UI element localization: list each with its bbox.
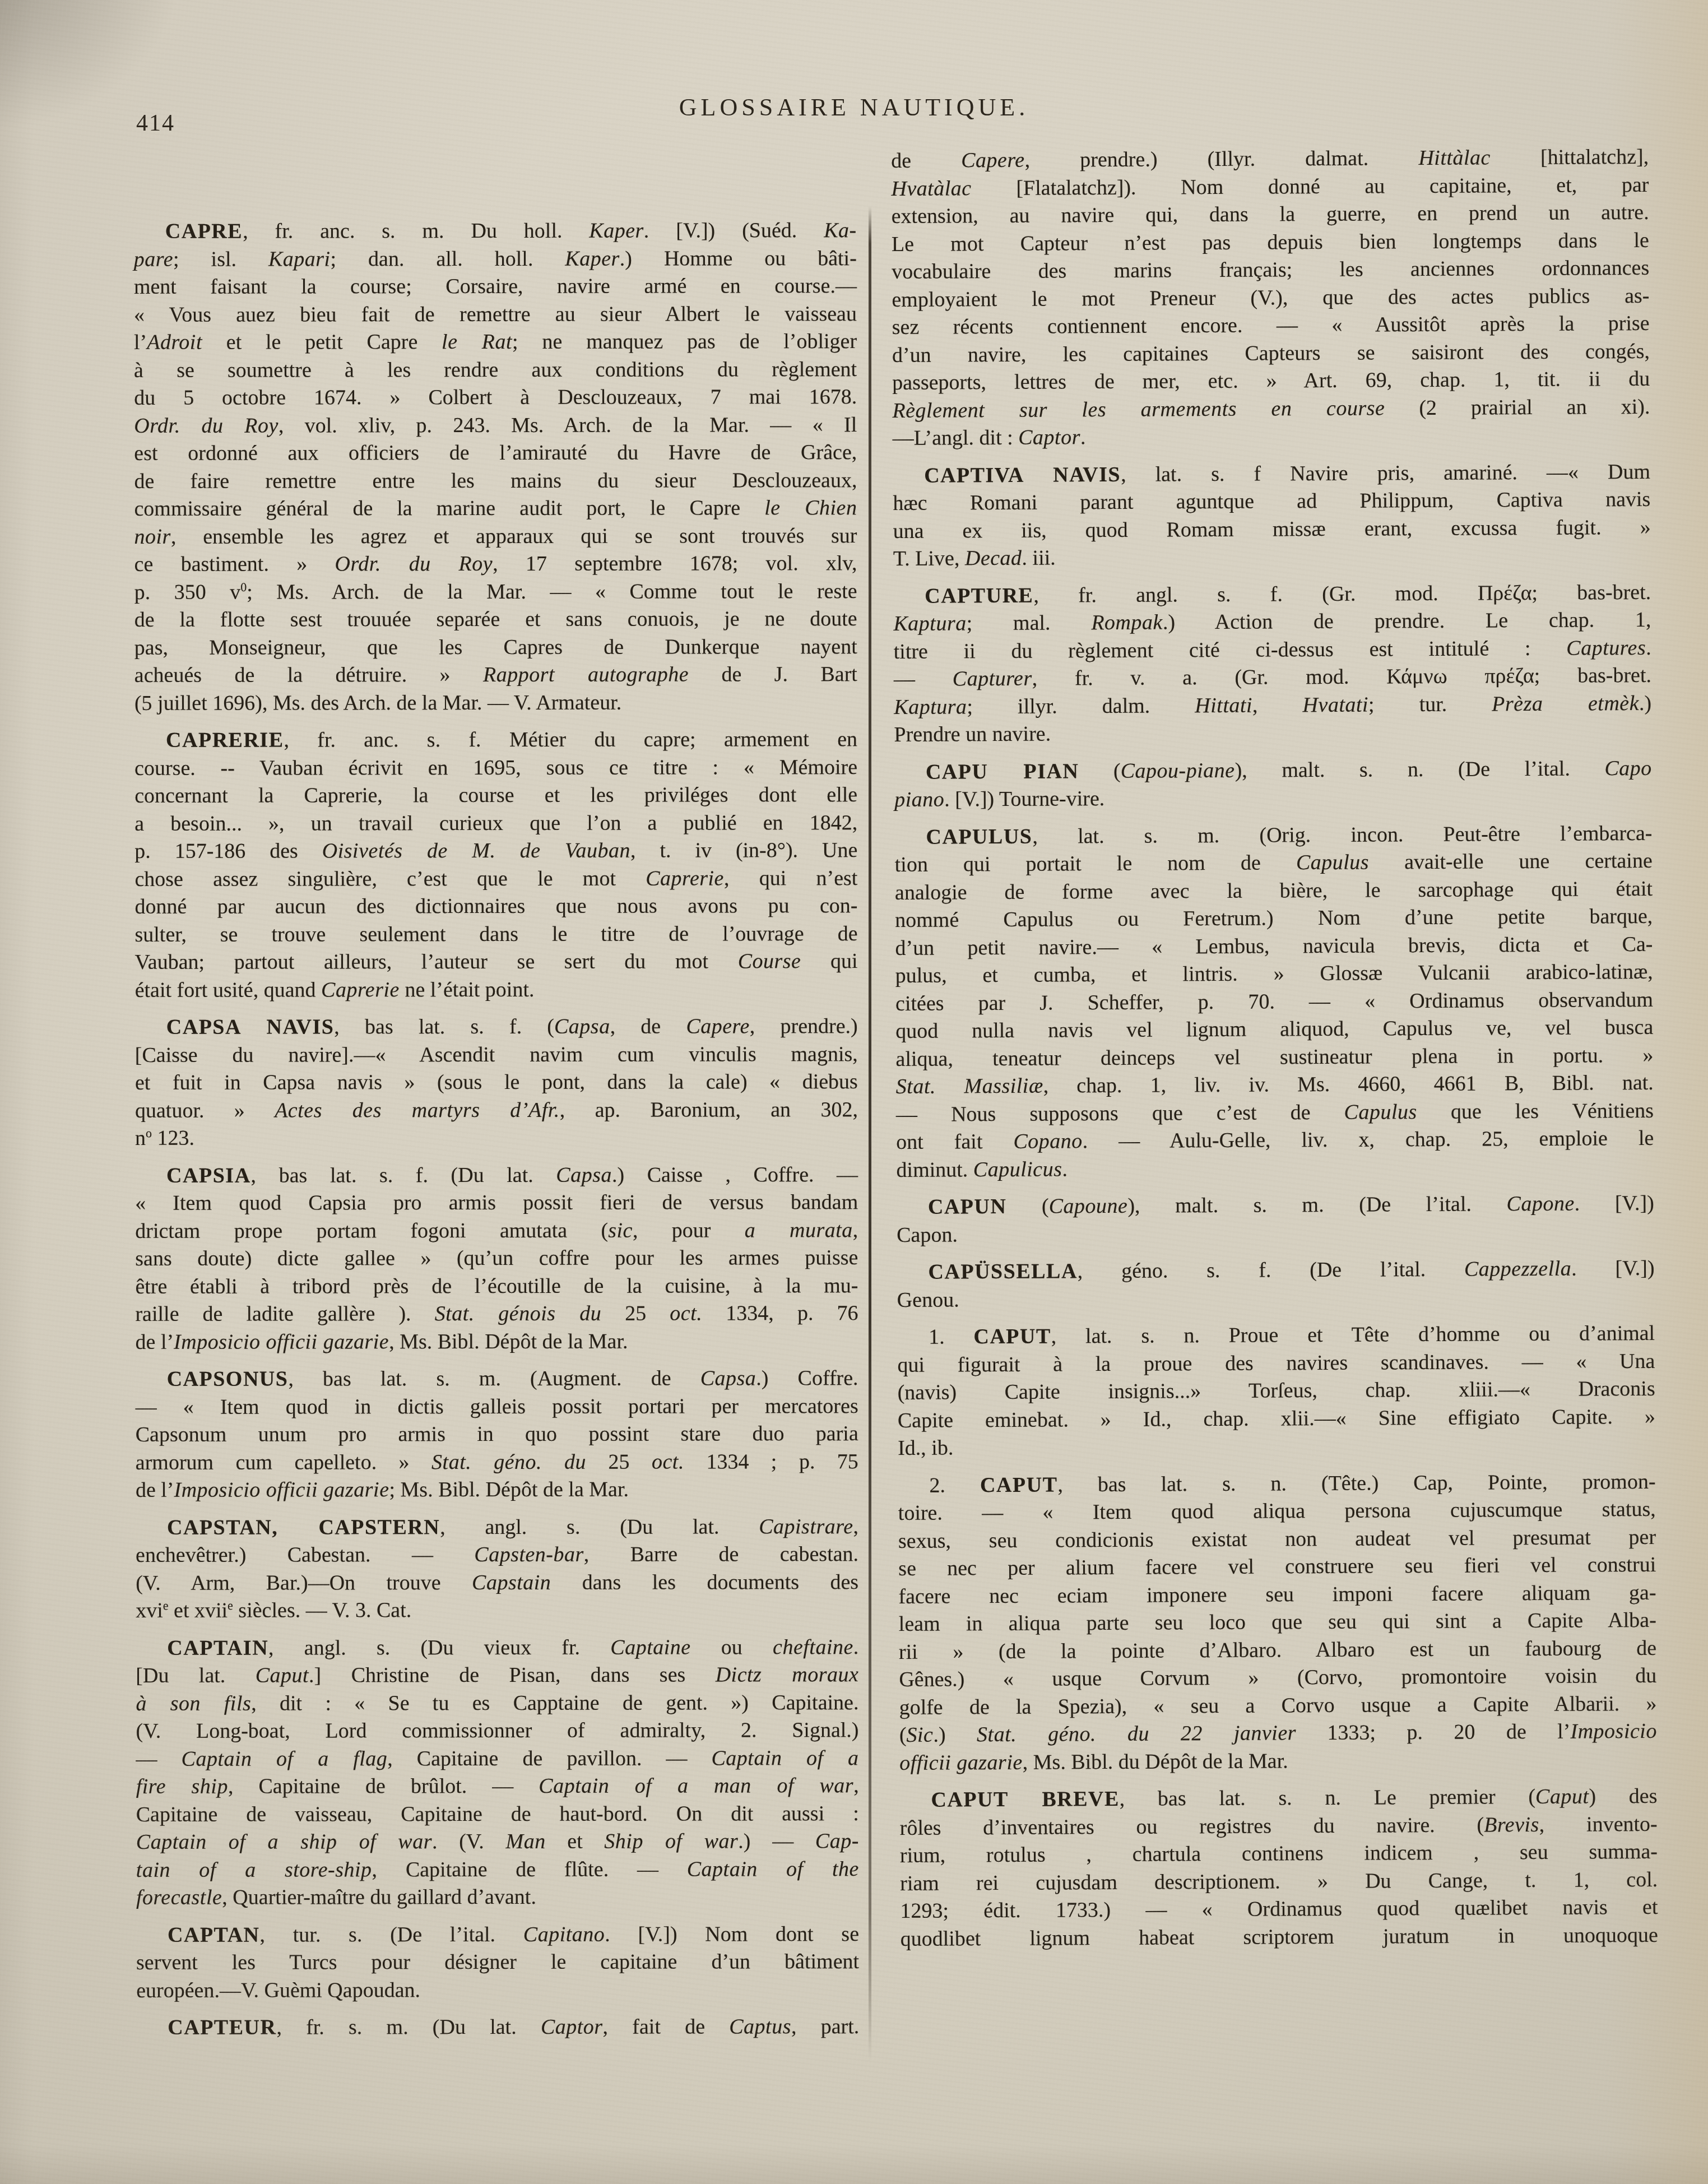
- text-line: CAPUT BREVE, bas lat. s. n. Le premier (…: [899, 1783, 1657, 1815]
- dictionary-entry-capteur: CAPTEUR, fr. s. m. (Du lat. Captor, fait…: [136, 2013, 859, 2042]
- text-line: (5 juillet 1696), Ms. des Arch. de la Ma…: [134, 689, 857, 717]
- text-line: CAPTURE, fr. angl. s. f. (Gr. mod. Πρέζα…: [893, 578, 1651, 610]
- text-line: Kaptura; mal. Rompak.) Action de prendre…: [893, 606, 1651, 638]
- text-line: qui figurait à la proue des navires scan…: [897, 1347, 1655, 1379]
- text-line: d’un navire, les capitaines Capteurs se …: [892, 337, 1650, 369]
- text-line: sans doute) dicte gallee » (qu’un coffre…: [135, 1244, 858, 1273]
- text-line: du 5 octobre 1674. » Colbert à Desclouze…: [134, 383, 857, 412]
- text-line: CAPTIVA NAVIS, lat. s. f Navire pris, am…: [893, 458, 1650, 490]
- text-line: Kaptura; illyr. dalm. Hittati, Hvatati; …: [894, 689, 1651, 721]
- text-line: se nec per alium facere vel construere s…: [898, 1551, 1656, 1583]
- text-line: forecastle, Quartier-maître du gaillard …: [136, 1883, 859, 1912]
- text-line: CAPULUS, lat. s. m. (Orig. incon. Peut-ê…: [894, 819, 1652, 851]
- text-line: (Sic.) Stat. géno. du 22 janvier 1333; p…: [899, 1718, 1657, 1750]
- text-line: ont fait Copano. — Aulu-Gelle, liv. x, c…: [896, 1125, 1654, 1157]
- text-line: d’un petit navire.— « Lembus, navicula b…: [895, 930, 1653, 962]
- text-line: citées par J. Scheffer, p. 70. — « Ordin…: [895, 986, 1653, 1018]
- dictionary-entry-capre: CAPRE, fr. anc. s. m. Du holl. Kaper. [V…: [134, 217, 857, 717]
- text-line: golfe de la Spezia), « seu a Corvo usque…: [899, 1690, 1656, 1722]
- text-line: concernant la Caprerie, la course et les…: [134, 781, 857, 810]
- text-line: (V. Arm, Bar.)—On trouve Capstain dans l…: [136, 1569, 858, 1597]
- text-line: p. 350 v0; Ms. Arch. de la Mar. — « Comm…: [134, 578, 857, 606]
- text-line: CAPU PIAN (Capou-piane), malt. s. n. (De…: [894, 754, 1652, 786]
- text-line: CAPRERIE, fr. anc. s. f. Métier du capre…: [134, 726, 857, 754]
- text-line: pare; isl. Kapari; dan. all. holl. Kaper…: [134, 245, 857, 273]
- text-line: toire. — « Item quod aliqua persona cuju…: [898, 1496, 1656, 1528]
- text-line: CAPSIA, bas lat. s. f. (Du lat. Capsa.) …: [135, 1161, 858, 1190]
- text-line: aliqua, teneatur deinceps vel sustineatu…: [895, 1041, 1653, 1073]
- text-line: CAPSTAN, CAPSTERN, angl. s. (Du lat. Cap…: [136, 1513, 858, 1542]
- text-line: sez récents contiennent encore. — « Auss…: [892, 310, 1650, 342]
- text-line: pulus, et cumba, et lintris. » Glossæ Vu…: [895, 958, 1653, 990]
- text-line: quodlibet lignum habeat scriptorem jurat…: [901, 1921, 1658, 1953]
- text-line: chose assez singulière, c’est que le mot…: [134, 865, 857, 893]
- text-line: employaient le mot Preneur (V.), que des…: [892, 282, 1649, 314]
- text-line: diminut. Capulicus.: [896, 1152, 1654, 1184]
- text-line: officii gazarie, Ms. Bibl. du Dépôt de l…: [899, 1745, 1657, 1777]
- text-line: Le mot Capteur n’est pas depuis bien lon…: [892, 226, 1649, 258]
- dictionary-entry-cap-ssella: CAPÜSSELLA, géno. s. f. (De l’ital. Capp…: [897, 1255, 1654, 1314]
- text-line: (V. Long-boat, Lord commissionner of adm…: [136, 1717, 858, 1745]
- text-line: à son fils, dit : « Se tu es Capptaine d…: [136, 1689, 858, 1718]
- text-line: sexus, seu condicionis existat non audea…: [898, 1523, 1656, 1555]
- text-line: fire ship, Capitaine de brûlot. — Captai…: [136, 1772, 859, 1801]
- text-line: de Capere, prendre.) (Illyr. dalmat. Hit…: [891, 143, 1649, 175]
- dictionary-entry-capsa-navis: CAPSA NAVIS, bas lat. s. f. (Capsa, de C…: [135, 1013, 858, 1152]
- dictionary-entry-capture: CAPTURE, fr. angl. s. f. (Gr. mod. Πρέζα…: [893, 578, 1652, 749]
- dictionary-entry-captiva-navis: CAPTIVA NAVIS, lat. s. f Navire pris, am…: [893, 458, 1651, 573]
- text-line: no 123.: [135, 1124, 858, 1152]
- text-line: est ordonné aux officiers de l’amirauté …: [134, 439, 857, 467]
- text-line: servent les Turcs pour désigner le capit…: [136, 1948, 859, 1977]
- text-line: CAPUN (Capoune), malt. s. m. (De l’ital.…: [897, 1190, 1654, 1222]
- text-line: Hvatàlac [Flatalatchz]). Nom donné au ca…: [891, 171, 1649, 203]
- text-line: [Du lat. Caput.] Christine de Pisan, dan…: [136, 1661, 858, 1690]
- dictionary-entry-capstan-capstern: CAPSTAN, CAPSTERN, angl. s. (Du lat. Cap…: [136, 1513, 858, 1625]
- text-line: et fuit in Capsa navis » (sous le pont, …: [135, 1068, 858, 1097]
- text-line: acheués de la détruire. » Rapport autogr…: [134, 661, 857, 689]
- text-line: armorum cum capelleto. » Stat. géno. du …: [136, 1448, 858, 1477]
- text-line: quatuor. » Actes des martyrs d’Afr., ap.…: [135, 1096, 858, 1125]
- text-line: être établi à tribord près de l’écoutill…: [135, 1272, 858, 1301]
- text-line: 2. CAPUT, bas lat. s. n. (Tête.) Cap, Po…: [898, 1468, 1655, 1500]
- text-line: donné par aucun des dictionnaires que no…: [134, 892, 857, 921]
- text-line: Prendre un navire.: [894, 717, 1651, 749]
- dictionary-entry-2-caput: 2. CAPUT, bas lat. s. n. (Tête.) Cap, Po…: [898, 1468, 1657, 1777]
- text-line: rium, rotulus , chartula continens indic…: [900, 1838, 1658, 1870]
- text-line: — Captain of a flag, Capitaine de pavill…: [136, 1745, 859, 1773]
- text-line: riam rei cujusdam descriptionem. » Du Ca…: [900, 1866, 1658, 1898]
- text-line: Genou.: [897, 1282, 1655, 1314]
- text-line: noir, ensemble les agrez et apparaux qui…: [134, 522, 857, 551]
- text-line: Capitaine de vaisseau, Capitaine de haut…: [136, 1800, 859, 1829]
- text-line: hæc Romani parant aguntque ad Philippum,…: [893, 486, 1650, 518]
- text-line: ce bastiment. » Ordr. du Roy, 17 septemb…: [134, 550, 857, 578]
- text-line: rôles d’inventaires ou registres du navi…: [900, 1810, 1658, 1842]
- text-line: Capon.: [897, 1217, 1654, 1249]
- text-line: CAPÜSSELLA, géno. s. f. (De l’ital. Capp…: [897, 1255, 1654, 1287]
- text-line: 1293; édit. 1733.) — « Ordinamus quod qu…: [900, 1894, 1658, 1926]
- text-line: « Item quod Capsia pro armis possit fier…: [135, 1189, 858, 1217]
- text-line: 1. CAPUT, lat. s. n. Proue et Tête d’hom…: [897, 1320, 1655, 1352]
- text-line: CAPRE, fr. anc. s. m. Du holl. Kaper. [V…: [134, 217, 857, 245]
- text-line: a besoin... », un travail curieux que l’…: [134, 809, 857, 838]
- text-line: CAPSA NAVIS, bas lat. s. f. (Capsa, de C…: [135, 1013, 858, 1041]
- text-line: Stat. Massiliæ, chap. 1, liv. iv. Ms. 46…: [896, 1069, 1654, 1101]
- text-line: leam in aliqua parte seu loco que seu qu…: [899, 1607, 1656, 1639]
- text-line: analogie de forme avec la bière, le sarc…: [895, 875, 1653, 907]
- dictionary-entry-caprerie: CAPRERIE, fr. anc. s. f. Métier du capre…: [134, 726, 858, 1004]
- text-line: — « Item quod in dictis galleis possit p…: [136, 1393, 858, 1421]
- text-line: de l’Imposicio officii gazarie, Ms. Bibl…: [135, 1328, 858, 1356]
- text-line: Captain of a ship of war. (V. Man et Shi…: [136, 1828, 859, 1856]
- text-line: quod nulla navis vel lignum aliquod, Cap…: [895, 1014, 1653, 1046]
- text-line: Capsonum unum pro armis in quo possint s…: [136, 1420, 858, 1449]
- text-line: de l’Imposicio officii gazarie; Ms. Bibl…: [136, 1476, 858, 1504]
- dictionary-entry-captain: CAPTAIN, angl. s. (Du vieux fr. Captaine…: [136, 1634, 859, 1912]
- text-line: passeports, lettres de mer, etc. » Art. …: [892, 365, 1650, 397]
- text-line: européen.—V. Guèmi Qapoudan.: [136, 1976, 859, 2005]
- dictionary-entry-capulus: CAPULUS, lat. s. m. (Orig. incon. Peut-ê…: [894, 819, 1654, 1184]
- text-line: Vauban; partout ailleurs, l’auteur se se…: [135, 948, 858, 976]
- text-line: facere nec eciam imponere seu imponi fac…: [898, 1579, 1656, 1611]
- text-line: raille de ladite gallère ). Stat. génois…: [135, 1300, 858, 1328]
- column-right: de Capere, prendre.) (Illyr. dalmat. Hit…: [891, 143, 1658, 1963]
- text-line: ment faisant la course; Corsaire, navire…: [134, 272, 857, 301]
- text-line: xvie et xviie siècles. — V. 3. Cat.: [136, 1596, 858, 1625]
- column-divider: [869, 206, 871, 2061]
- text-line: Règlement sur les armements en course (2…: [892, 393, 1650, 425]
- text-line: de faire remettre entre les mains du sie…: [134, 467, 857, 495]
- text-line: Id., ib.: [898, 1431, 1655, 1463]
- text-line: tion qui portait le nom de Capulus avait…: [895, 847, 1653, 879]
- dictionary-entry-capun: CAPUN (Capoune), malt. s. m. (De l’ital.…: [897, 1190, 1654, 1249]
- text-line: nommé Capulus ou Feretrum.) Nom d’une pe…: [895, 903, 1653, 935]
- text-line: « Vous auez bieu fait de remettre au sie…: [134, 300, 857, 329]
- column-left: CAPRE, fr. anc. s. m. Du holl. Kaper. [V…: [134, 217, 860, 2051]
- text-line: CAPSONUS, bas lat. s. m. (Augment. de Ca…: [136, 1365, 858, 1393]
- dictionary-entry-continuation: de Capere, prendre.) (Illyr. dalmat. Hit…: [891, 143, 1650, 453]
- text-line: Ordr. du Roy, vol. xliv, p. 243. Ms. Arc…: [134, 411, 857, 440]
- text-line: [Caisse du navire].—« Ascendit navim cum…: [135, 1041, 858, 1069]
- page-title: GLOSSAIRE NAUTIQUE.: [0, 93, 1708, 122]
- text-line: à se soumettre à les rendre aux conditio…: [134, 356, 857, 384]
- text-line: — Nous supposons que c’est de Capulus qu…: [896, 1097, 1654, 1129]
- text-line: —L’angl. dit : Captor.: [893, 421, 1650, 453]
- text-line: tain of a store-ship, Capitaine de flûte…: [136, 1856, 859, 1884]
- text-line: titre ii du règlement cité ci-dessus est…: [894, 634, 1651, 666]
- text-line: de la flotte sest trouuée separée et san…: [134, 605, 857, 634]
- text-line: commissaire général de la marine audit p…: [134, 494, 857, 523]
- text-line: sulter, se trouve seulement dans le titr…: [134, 920, 857, 949]
- text-line: — Capturer, fr. v. a. (Gr. mod. Κάμνω πρ…: [894, 662, 1651, 694]
- text-line: vocabulaire des marins français; les anc…: [892, 254, 1649, 286]
- text-line: était fort usité, quand Caprerie ne l’ét…: [135, 976, 858, 1004]
- dictionary-entry-captan: CAPTAN, tur. s. (De l’ital. Capitano. [V…: [136, 1921, 859, 2005]
- dictionary-entry-caput-breve: CAPUT BREVE, bas lat. s. n. Le premier (…: [899, 1783, 1658, 1953]
- text-line: CAPTAN, tur. s. (De l’ital. Capitano. [V…: [136, 1921, 859, 1949]
- dictionary-entry-capsia: CAPSIA, bas lat. s. f. (Du lat. Capsa.) …: [135, 1161, 858, 1356]
- text-line: Gênes.) « usque Corvum » (Corvo, promont…: [899, 1662, 1656, 1694]
- text-line: una ex iis, quod Romam missæ erant, excu…: [893, 513, 1650, 545]
- text-line: (navis) Capite insignis...» Torſeus, cha…: [898, 1375, 1655, 1407]
- text-line: p. 157-186 des Oisivetés de M. de Vauban…: [134, 837, 857, 865]
- text-line: Capite eminebat. » Id., chap. xlii.—« Si…: [898, 1403, 1655, 1435]
- text-line: rii » (de la pointe d’Albaro. Albaro est…: [899, 1634, 1656, 1666]
- text-line: l’Adroit et le petit Capre le Rat; ne ma…: [134, 328, 857, 356]
- text-line: extension, au navire qui, dans la guerre…: [892, 199, 1649, 231]
- dictionary-entry-1-caput: 1. CAPUT, lat. s. n. Proue et Tête d’hom…: [897, 1320, 1655, 1463]
- scanned-page: 414 GLOSSAIRE NAUTIQUE. CAPRE, fr. anc. …: [0, 0, 1708, 2184]
- text-line: CAPTEUR, fr. s. m. (Du lat. Captor, fait…: [136, 2013, 859, 2042]
- text-line: piano. [V.]) Tourne-vire.: [894, 782, 1652, 814]
- text-line: pas, Monseigneur, que les Capres de Dunk…: [134, 633, 857, 662]
- dictionary-entry-capu-pian: CAPU PIAN (Capou-piane), malt. s. n. (De…: [894, 754, 1652, 814]
- text-line: T. Live, Decad. iii.: [893, 541, 1651, 573]
- dictionary-entry-capsonus: CAPSONUS, bas lat. s. m. (Augment. de Ca…: [136, 1365, 858, 1504]
- text-line: course. -- Vauban écrivit en 1695, sous …: [134, 754, 857, 782]
- text-line: enchevêtrer.) Cabestan. — Capsten-bar, B…: [136, 1541, 858, 1569]
- text-line: CAPTAIN, angl. s. (Du vieux fr. Captaine…: [136, 1634, 858, 1662]
- text-line: drictam prope portam fogoni amutata (sic…: [135, 1217, 858, 1245]
